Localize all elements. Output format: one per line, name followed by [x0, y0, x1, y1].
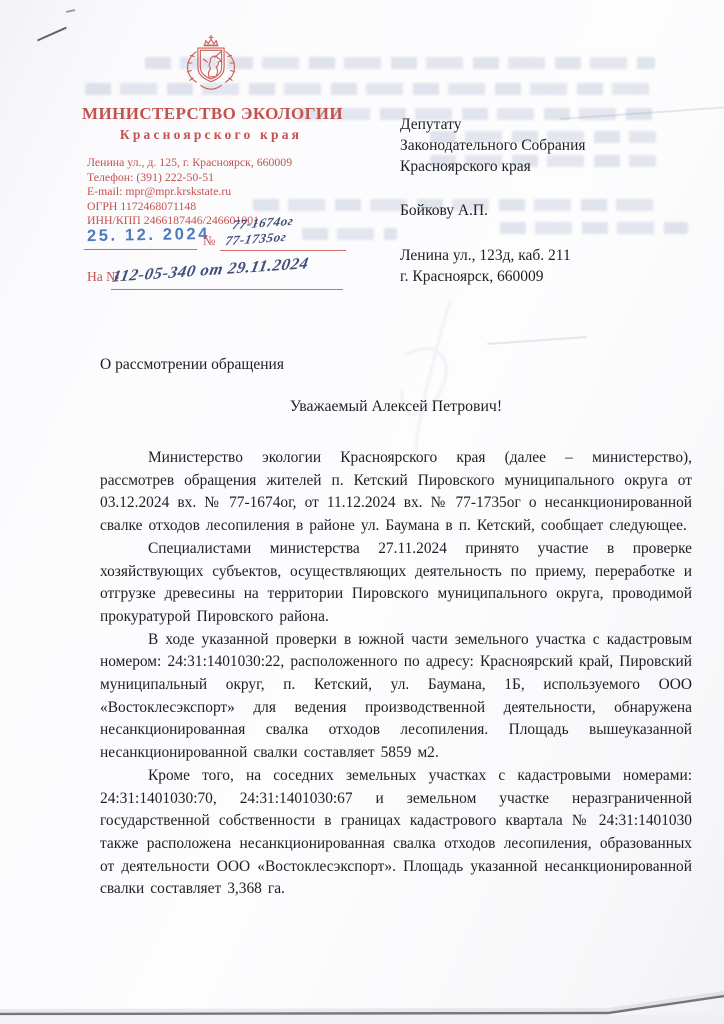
- body-paragraph-4: Кроме того, на соседних земельных участк…: [100, 765, 692, 901]
- number-underline: [220, 250, 346, 251]
- body-paragraph-3: В ходе указанной проверки в южной части …: [100, 629, 692, 765]
- pen-mark-small: [66, 9, 75, 12]
- addressee-line3: Красноярского края: [400, 156, 586, 177]
- letterhead: МИНИСТЕРСТВО ЭКОЛОГИИ Красноярского края…: [82, 34, 340, 228]
- outgoing-number-2: 77-1735ог: [226, 231, 286, 247]
- letterhead-address: Ленина ул., д. 125, г. Красноярск, 66000…: [87, 155, 340, 170]
- bleed-through-line: [302, 228, 397, 240]
- letterhead-phone: Телефон: (391) 222-50-51: [87, 170, 340, 185]
- reference-underline: [111, 289, 343, 290]
- pen-mark: [37, 27, 67, 42]
- addressee-line2: Законодательного Собрания: [400, 135, 586, 156]
- addressee-address-line1: Ленина ул., 123д, каб. 211: [400, 245, 586, 266]
- letter-body: Министерство экологии Красноярского края…: [100, 447, 692, 901]
- date-stamp: 25. 12. 2024: [87, 225, 210, 246]
- paper-bottom-edge: [0, 990, 724, 1024]
- ministry-name: МИНИСТЕРСТВО ЭКОЛОГИИ: [82, 104, 340, 124]
- coat-of-arms-icon: [182, 34, 240, 92]
- date-underline: [84, 249, 197, 250]
- addressee-name: Бойкову А.П.: [400, 200, 586, 221]
- body-paragraph-2: Специалистами министерства 27.11.2024 пр…: [100, 538, 692, 629]
- scanned-letter-page: МИНИСТЕРСТВО ЭКОЛОГИИ Красноярского края…: [0, 0, 724, 1024]
- addressee-block: Депутату Законодательного Собрания Красн…: [400, 114, 586, 287]
- salutation: Уважаемый Алексей Петрович!: [100, 398, 692, 416]
- letterhead-email: E-mail: mpr@mpr.krskstate.ru: [87, 184, 340, 199]
- reference-number: 112-05-340 от 29.11.2024: [114, 260, 307, 280]
- letterhead-ogrn: ОГРН 1172468071148: [87, 199, 340, 214]
- body-paragraph-1: Министерство экологии Красноярского края…: [100, 447, 692, 538]
- addressee-line1: Депутату: [400, 114, 586, 135]
- number-label: №: [203, 233, 215, 249]
- region-name: Красноярского края: [82, 127, 340, 143]
- subject-line: О рассмотрении обращения: [100, 356, 284, 374]
- addressee-address-line2: г. Красноярск, 660009: [400, 266, 586, 287]
- letterhead-contacts: Ленина ул., д. 125, г. Красноярск, 66000…: [82, 155, 340, 228]
